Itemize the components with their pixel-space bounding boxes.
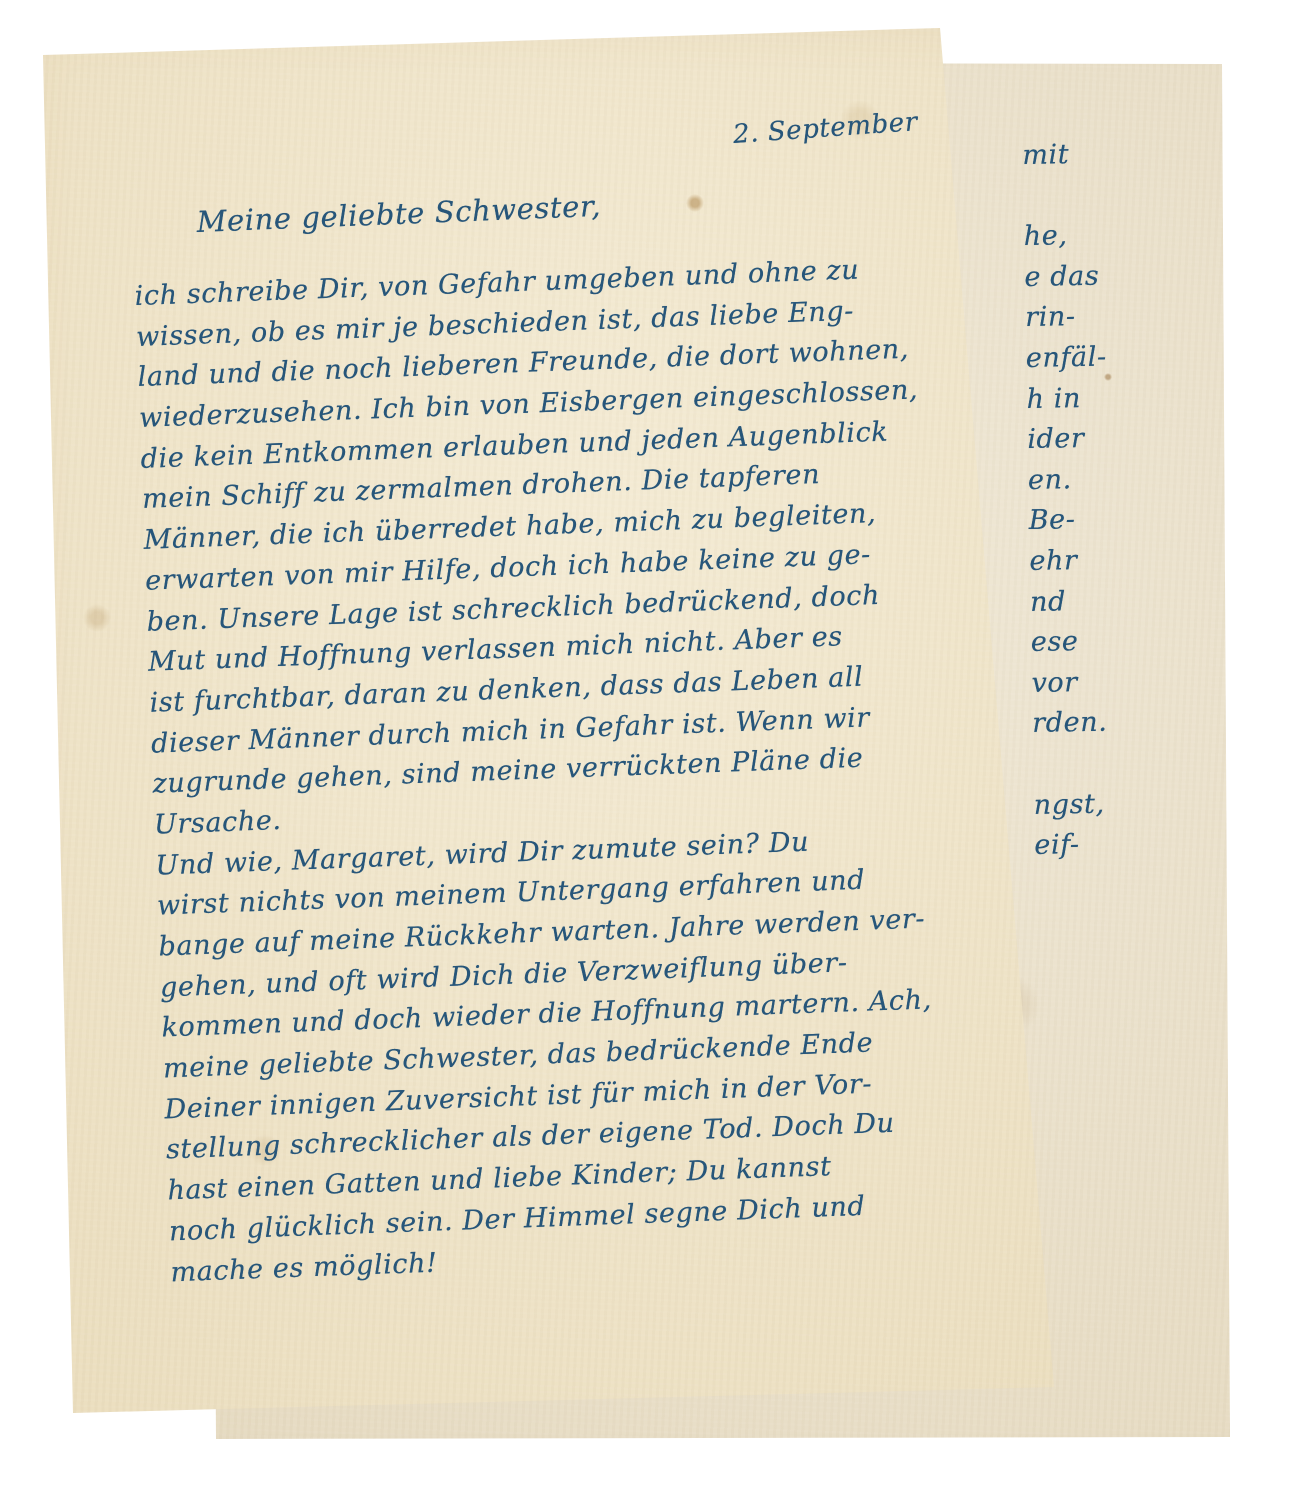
- back-page-line-fragment: nd: [1030, 581, 1112, 623]
- letter-salutation: Meine geliebte Schwester,: [196, 189, 602, 239]
- back-page-line-fragment: enfäl-: [1026, 338, 1108, 380]
- back-page-line-fragment: eif-: [1034, 825, 1116, 867]
- back-page-line-fragment: [1023, 175, 1105, 217]
- back-page-line-fragment: [1033, 743, 1115, 785]
- letter-body: ich schreibe Dir, von Gefahr umgeben und…: [134, 248, 950, 1293]
- back-page-line-fragment: ehr: [1029, 540, 1111, 582]
- back-page-line-fragment: mit: [1022, 135, 1104, 177]
- back-page-line-fragment: he,: [1023, 216, 1105, 258]
- back-page-line-fragment: rden.: [1032, 703, 1114, 745]
- back-page-line-fragment: vor: [1031, 662, 1113, 704]
- back-page-line-fragment: ese: [1031, 622, 1113, 664]
- back-page-text: mithe,e dasrin-enfäl-h inideren.Be-ehrnd…: [1022, 135, 1116, 867]
- back-page-line-fragment: ngst,: [1033, 784, 1115, 826]
- back-page-line-fragment: rin-: [1025, 297, 1107, 339]
- back-page-line-fragment: Be-: [1028, 500, 1110, 542]
- back-page-line-fragment: ider: [1027, 419, 1109, 461]
- back-page-line-fragment: h in: [1026, 378, 1108, 420]
- letter-scene: mithe,e dasrin-enfäl-h inideren.Be-ehrnd…: [0, 0, 1305, 1500]
- letter-date: 2. September: [732, 107, 919, 150]
- back-page-line-fragment: en.: [1028, 459, 1110, 501]
- back-page-line-fragment: e das: [1024, 256, 1106, 298]
